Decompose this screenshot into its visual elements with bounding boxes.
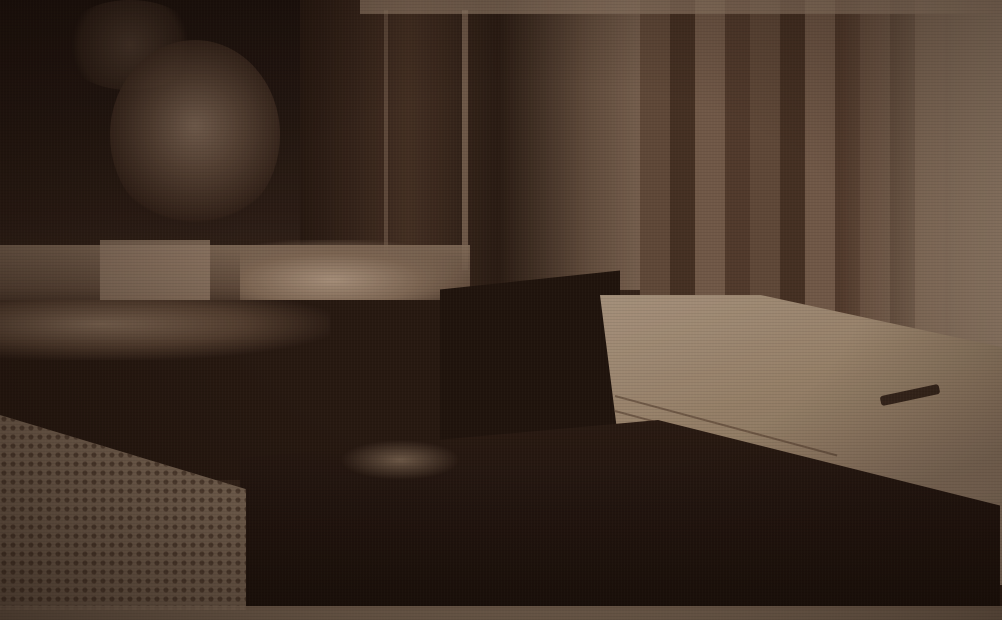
sepia-photograph bbox=[0, 0, 1002, 620]
vignette bbox=[0, 0, 1002, 620]
